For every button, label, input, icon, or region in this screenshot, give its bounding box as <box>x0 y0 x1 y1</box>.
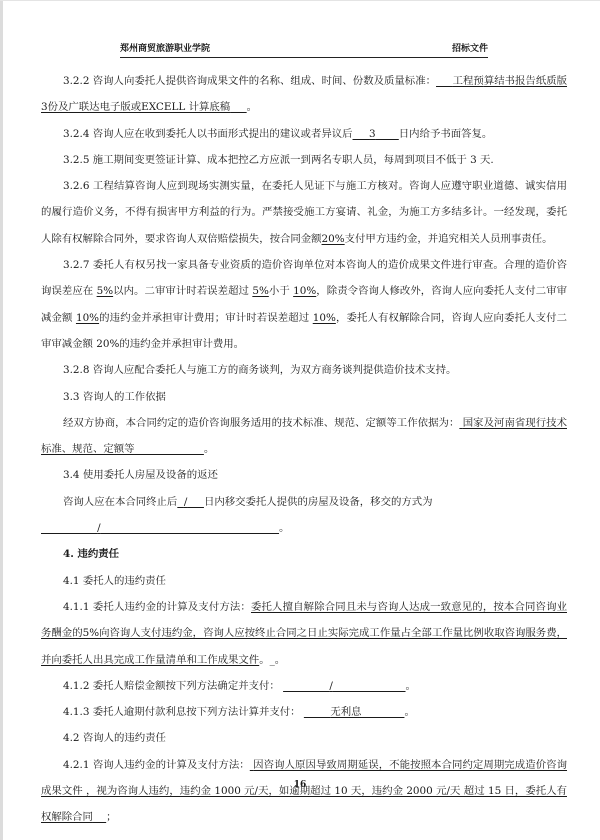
clause-4-1-3: 4.1.3 委托人逾期付款利息按下列方法计算并支付： 无利息 。 <box>41 699 567 725</box>
clause-4-1-1: 4.1.1 委托人违约金的计算及支付方法：委托人擅自解除合同且未与咨询人达成一致… <box>41 594 567 673</box>
clause-3-2-7: 3.2.7 委托人有权另找一家具备专业资质的造价咨询单位对本咨询人的造价成果文件… <box>41 252 567 357</box>
reply-days-value: 3 <box>353 128 399 140</box>
clause-3-2-6: 3.2.6 工程结算咨询人应到现场实测实量，在委托人见证下与施工方核对。咨询人应… <box>41 173 567 252</box>
clause-4-2-1: 4.2.1 咨询人违约金的计算及支付方法： 因咨询人原因导致周期延误，不能按照本… <box>41 752 567 831</box>
clause-4-1-2: 4.1.2 委托人赔偿金额按下列方法确定并支付： / 。 <box>41 673 567 699</box>
interest-value: 无利息 <box>304 706 405 718</box>
clause-3-2-2: 3.2.2 咨询人向委托人提供咨询成果文件的名称、组成、时间、份数及质量标准： … <box>41 68 567 121</box>
page-number: 16 <box>0 780 600 790</box>
penalty-pct: 20% <box>322 233 345 245</box>
heading-4-1: 4.1 委托人的违约责任 <box>41 568 567 594</box>
clause-3-4-method-line: / 。 <box>41 515 567 541</box>
return-days-value: / <box>177 496 204 508</box>
header-institution: 郑州商贸旅游职业学院 <box>120 43 210 55</box>
header-doc-type: 招标文件 <box>452 43 488 55</box>
clause-3-3-basis: 经双方协商，本合同约定的造价咨询服务适用的技术标准、规范、定额等工作依据为： 国… <box>41 410 567 463</box>
heading-3-4: 3.4 使用委托人房屋及设备的返还 <box>41 462 567 488</box>
heading-4-2: 4.2 咨询人的违约责任 <box>41 725 567 751</box>
document-body: 3.2.2 咨询人向委托人提供咨询成果文件的名称、组成、时间、份数及质量标准： … <box>41 68 567 831</box>
clause-3-4-return: 咨询人应在本合同终止后 / 日内移交委托人提供的房屋及设备，移交的方式为 <box>41 489 567 515</box>
heading-3-3: 3.3 咨询人的工作依据 <box>41 384 567 410</box>
clause-3-2-8: 3.2.8 咨询人应配合委托人与施工方的商务谈判，为双方商务谈判提供造价技术支持… <box>41 357 567 383</box>
clause-3-2-4: 3.2.4 咨询人应在收到委托人以书面形式提出的建议或者异议后 3 日内给予书面… <box>41 121 567 147</box>
compensation-value: / <box>283 680 405 692</box>
page-header: 郑州商贸旅游职业学院 招标文件 <box>120 43 488 58</box>
clause-3-2-5: 3.2.5 施工期间变更签证计算、成本把控乙方应派一到两名专职人员，每周到项目不… <box>41 147 567 173</box>
return-method-value: / <box>41 522 279 534</box>
heading-4: 4. 违约责任 <box>41 541 567 567</box>
